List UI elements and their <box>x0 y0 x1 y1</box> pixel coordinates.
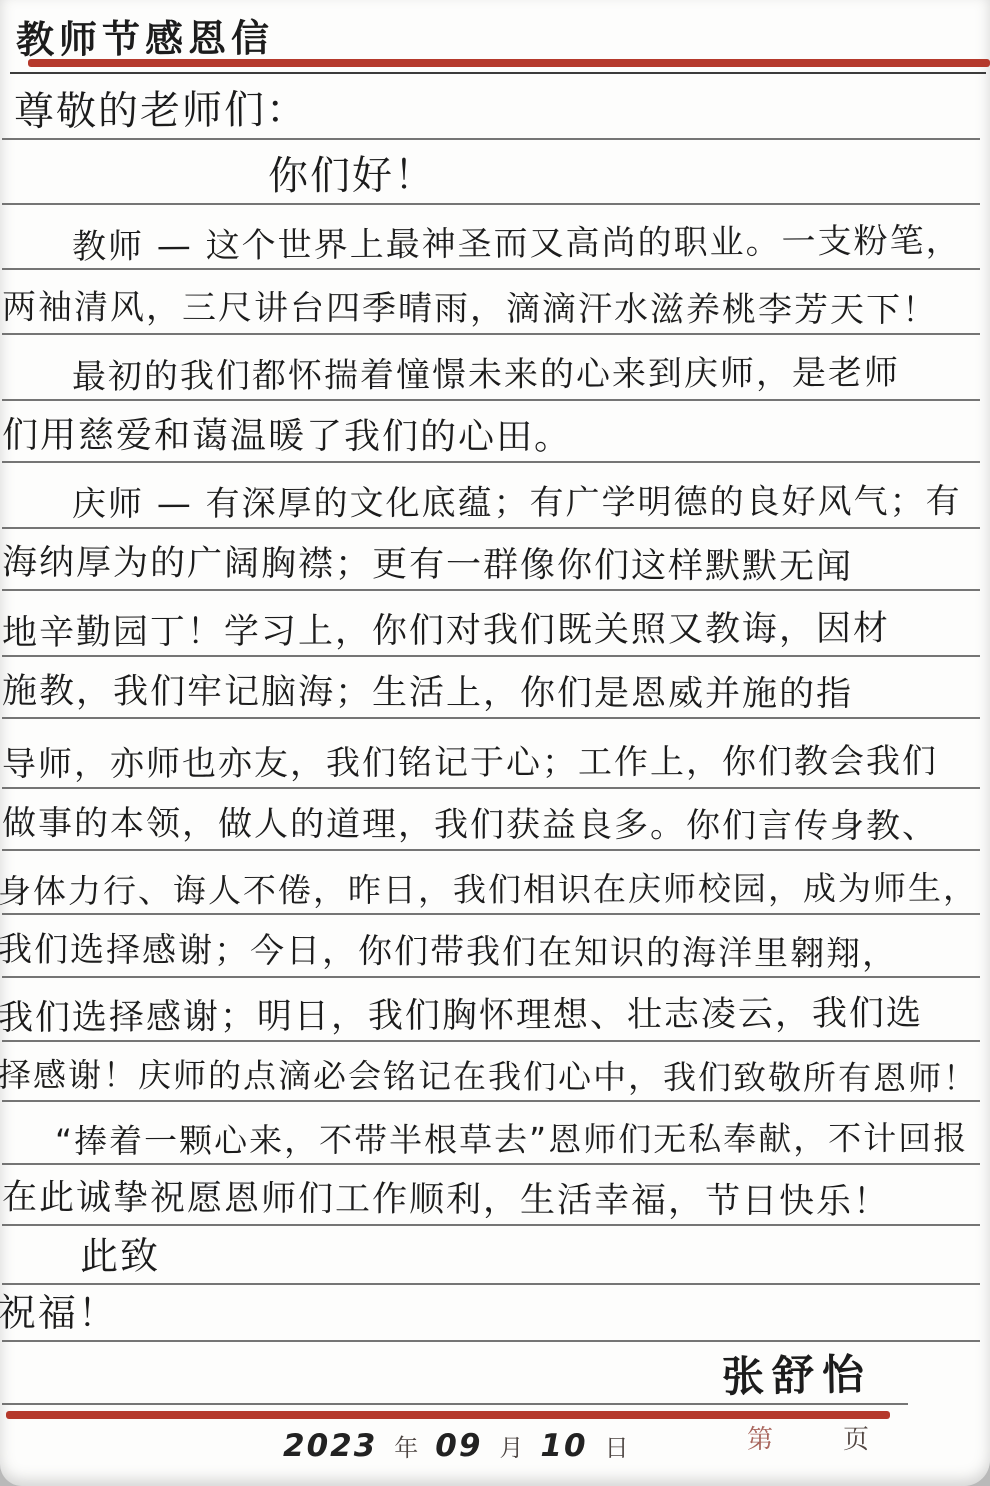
handwritten-line: 身体力行、诲人不倦，昨日，我们相识在庆师校园，成为师生， <box>0 869 978 910</box>
ruled-line <box>2 1163 980 1165</box>
ruled-line <box>2 913 980 915</box>
letter-title: 教师节感恩信 <box>16 7 274 64</box>
handwritten-line: 做事的本领，做人的道理，我们获益良多。你们言传身教、 <box>2 804 938 846</box>
ruled-line <box>2 717 980 719</box>
ruled-line <box>2 589 980 591</box>
signature: 张舒怡 <box>722 1350 873 1401</box>
handwritten-line: 我们选择感谢；今日，你们带我们在知识的海洋里翱翔， <box>0 931 898 975</box>
date-month: 09 <box>435 1428 482 1464</box>
handwritten-line: 择感谢！庆师的点滴必会铭记在我们心中，我们致敬所有恩师！ <box>0 1056 978 1097</box>
ruled-line <box>2 527 980 529</box>
page-number-suffix: 页 <box>843 1419 869 1456</box>
ruled-line <box>2 787 980 789</box>
handwritten-line: 两袖清风，三尺讲台四季晴雨，滴滴汗水滋养桃李芳天下！ <box>2 288 938 330</box>
handwritten-line: 你们好！ <box>268 153 436 200</box>
handwritten-line: 施教，我们牢记脑海；生活上，你们是恩威并施的指 <box>2 671 853 714</box>
ruled-line <box>2 461 980 463</box>
date-day: 10 <box>540 1428 587 1464</box>
header-red-rule <box>28 59 990 67</box>
handwritten-line: 祝福！ <box>0 1292 118 1336</box>
date-year: 2023 <box>283 1428 377 1464</box>
ruled-line <box>2 1040 980 1042</box>
date-line: 2023 年 09 月 10 日 <box>283 1428 629 1464</box>
letter-page: 教师节感恩信 尊敬的老师们：你们好！教师 — 这个世界上最神圣而又高尚的职业。一… <box>0 0 990 1486</box>
handwritten-line: 们用慈爱和蔼温暖了我们的心田。 <box>2 415 572 458</box>
handwritten-line: 最初的我们都怀揣着憧憬未来的心来到庆师，是老师 <box>72 354 900 397</box>
ruled-line <box>2 1224 980 1226</box>
ruled-line <box>2 1283 980 1285</box>
ruled-line <box>2 1100 980 1102</box>
handwritten-line: “捧着一颗心来，不带半根草去”恩师们无私奉献，不计回报 <box>55 1119 968 1160</box>
handwritten-line: 教师 — 这个世界上最神圣而又高尚的职业。一支粉笔， <box>72 222 962 267</box>
ruled-line <box>2 1340 980 1342</box>
handwritten-line: 地辛勤园丁！学习上，你们对我们既关照又教诲，因材 <box>2 608 890 653</box>
ruled-line <box>2 268 980 270</box>
date-month-label: 月 <box>499 1428 523 1463</box>
ruled-line <box>2 138 980 140</box>
handwritten-line: 在此诚挚祝愿恩师们工作顺利，生活幸福，节日快乐！ <box>2 1177 890 1222</box>
header-black-rule <box>10 72 986 74</box>
ruled-line <box>2 1403 908 1405</box>
footer-red-rule <box>6 1411 890 1419</box>
page-number-prefix: 第 <box>747 1419 773 1456</box>
ruled-line <box>2 655 980 657</box>
handwritten-line: 庆师 — 有深厚的文化底蕴；有广学明德的良好风气；有 <box>72 482 962 524</box>
ruled-line <box>2 849 980 851</box>
handwritten-line: 海纳厚为的广阔胸襟；更有一群像你们这样默默无闻 <box>2 543 853 588</box>
ruled-line <box>2 203 980 205</box>
ruled-line <box>2 333 980 335</box>
handwritten-line: 尊敬的老师们： <box>14 87 308 136</box>
handwritten-line: 导师，亦师也亦友，我们铭记于心；工作上，你们教会我们 <box>2 742 938 784</box>
ruled-line <box>2 399 980 401</box>
date-year-label: 年 <box>394 1428 418 1463</box>
handwritten-line: 此致 <box>80 1235 160 1279</box>
ruled-line <box>2 976 980 978</box>
handwritten-line: 我们选择感谢；明日，我们胸怀理想、壮志凌云，我们选 <box>0 993 923 1038</box>
date-day-label: 日 <box>605 1428 629 1463</box>
